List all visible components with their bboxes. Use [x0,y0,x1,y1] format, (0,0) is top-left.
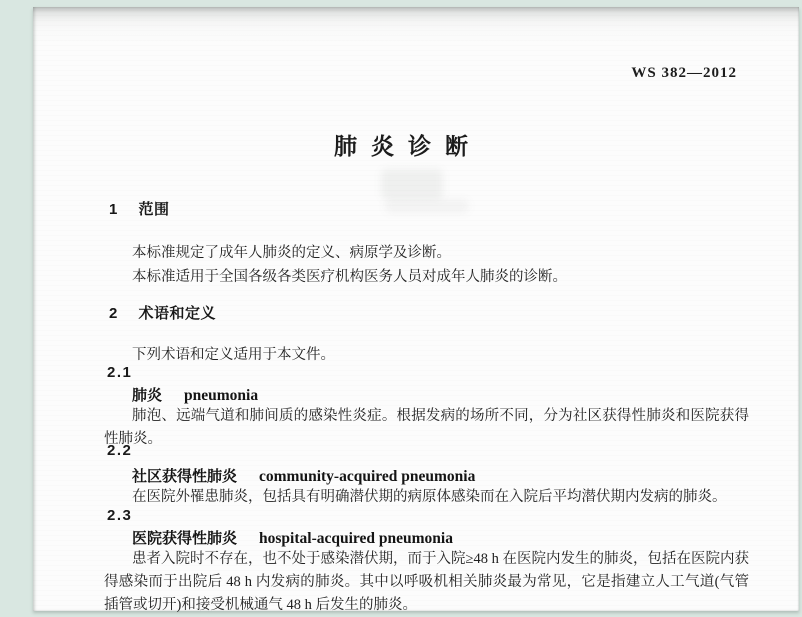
term-line: 社区获得性肺炎 community-acquired pneumonia [132,465,475,486]
term-definition: 肺泡、远端气道和肺间质的感染性炎症。根据发病的场所不同，分为社区获得性肺炎和医院… [104,405,749,451]
standard-number: WS 382—2012 [631,65,737,82]
section-number: 1 [109,201,118,218]
term-line: 肺炎 pneumonia [132,384,258,405]
term-chinese: 社区获得性肺炎 [132,468,237,485]
section-title: 范围 [139,201,170,218]
paragraph: 本标准适用于全国各级各类医疗机构医务人员对成年人肺炎的诊断。 [104,265,749,289]
clause-number: 2.1 [107,364,132,381]
term-english: pneumonia [184,387,258,404]
terms-intro: 下列术语和定义适用于本文件。 [104,343,749,367]
paragraph: 下列术语和定义适用于本文件。 [104,343,749,367]
scope-paragraphs: 本标准规定了成年人肺炎的定义、病原学及诊断。 本标准适用于全国各级各类医疗机构医… [104,241,749,289]
paragraph: 肺泡、远端气道和肺间质的感染性炎症。根据发病的场所不同，分为社区获得性肺炎和医院… [104,405,749,451]
bleed-through-mark [381,169,443,199]
clause-number: 2.3 [107,507,132,524]
clause-number: 2.2 [107,442,132,459]
document-title: 肺炎诊断 [25,128,791,161]
section-1-heading: 1 范围 [109,198,170,219]
document-page: WS 382—2012 肺炎诊断 1 范围 本标准规定了成年人肺炎的定义、病原学… [33,7,799,611]
section-number: 2 [109,305,118,322]
bleed-through-mark [385,199,469,213]
term-english: community-acquired pneumonia [259,468,475,485]
term-definition: 患者入院时不存在，也不处于感染潜伏期，而于入院≥48 h 在医院内发生的肺炎，包… [104,548,749,617]
scan-top-shadow [33,7,799,47]
term-line: 医院获得性肺炎 hospital-acquired pneumonia [132,527,453,548]
term-chinese: 医院获得性肺炎 [132,530,237,547]
paragraph: 在医院外罹患肺炎，包括具有明确潜伏期的病原体感染而在入院后平均潜伏期内发病的肺炎… [104,486,749,509]
section-2-heading: 2 术语和定义 [109,302,216,323]
term-english: hospital-acquired pneumonia [259,530,453,547]
section-title: 术语和定义 [139,305,217,322]
paragraph: 本标准规定了成年人肺炎的定义、病原学及诊断。 [104,241,749,265]
term-chinese: 肺炎 [132,387,162,404]
paragraph: 患者入院时不存在，也不处于感染潜伏期，而于入院≥48 h 在医院内发生的肺炎，包… [104,548,749,617]
term-definition: 在医院外罹患肺炎，包括具有明确潜伏期的病原体感染而在入院后平均潜伏期内发病的肺炎… [104,486,749,509]
